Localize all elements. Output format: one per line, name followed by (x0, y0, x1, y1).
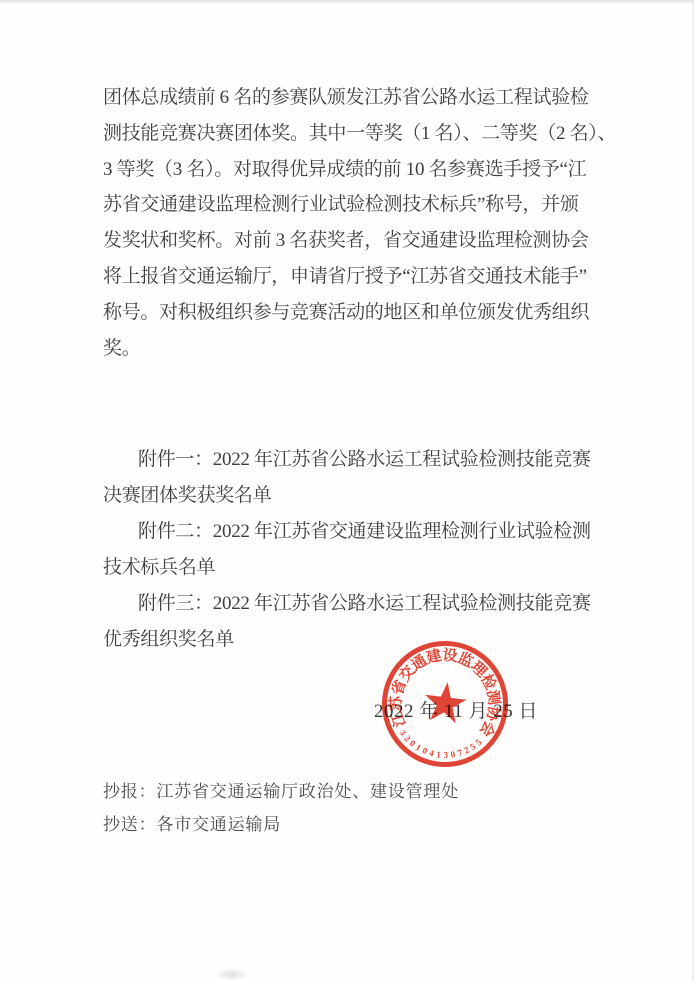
paragraph-line: 团体总成绩前 6 名的参赛队颁发江苏省公路水运工程试验检 (103, 80, 603, 116)
attachment-two-line: 附件二：2022 年江苏省交通建设监理检测行业试验检测 (103, 514, 603, 550)
cc-send-line: 抄送：各市交通运输局 (103, 812, 281, 838)
document-page: 团体总成绩前 6 名的参赛队颁发江苏省公路水运工程试验检 测技能竞赛决赛团体奖。… (0, 0, 694, 981)
attachment-one-line: 附件一：2022 年江苏省公路水运工程试验检测技能竞赛 (103, 442, 603, 478)
document-date: 2022 年 11 月 25 日 (374, 699, 538, 725)
attachment-three-continuation: 优秀组织奖名单 (103, 622, 603, 658)
attachment-list: 附件一：2022 年江苏省公路水运工程试验检测技能竞赛 决赛团体奖获奖名单 附件… (103, 442, 603, 658)
scan-smudge (215, 968, 249, 981)
attachment-two-continuation: 技术标兵名单 (103, 550, 603, 586)
paragraph-line: 将上报省交通运输厅，申请省厅授予“江苏省交通技术能手” (103, 259, 603, 295)
scan-top-edge (0, 0, 694, 4)
paragraph-line: 苏省交通建设监理检测行业试验检测技术标兵”称号，并颁 (103, 187, 603, 223)
attachment-three-line: 附件三：2022 年江苏省公路水运工程试验检测技能竞赛 (103, 586, 603, 622)
cc-report-line: 抄报：江苏省交通运输厅政治处、建设管理处 (103, 779, 459, 805)
paragraph-line: 发奖状和奖杯。对前 3 名获奖者，省交通建设监理检测协会 (103, 223, 603, 259)
paragraph-line: 测技能竞赛决赛团体奖。其中一等奖（1 名）、二等奖（2 名）、 (103, 116, 603, 152)
body-paragraph: 团体总成绩前 6 名的参赛队颁发江苏省公路水运工程试验检 测技能竞赛决赛团体奖。… (103, 80, 603, 366)
seal-number-text: 3201041307255 (395, 727, 485, 765)
paragraph-line: 3 等奖（3 名）。对取得优异成绩的前 10 名参赛选手授予“江 (103, 152, 603, 188)
seal-number-arc: 3201041307255 (395, 727, 485, 765)
paragraph-line: 奖。 (103, 331, 603, 367)
paragraph-line: 称号。对积极组织参与竞赛活动的地区和单位颁发优秀组织 (103, 295, 603, 331)
attachment-one-continuation: 决赛团体奖获奖名单 (103, 478, 603, 514)
